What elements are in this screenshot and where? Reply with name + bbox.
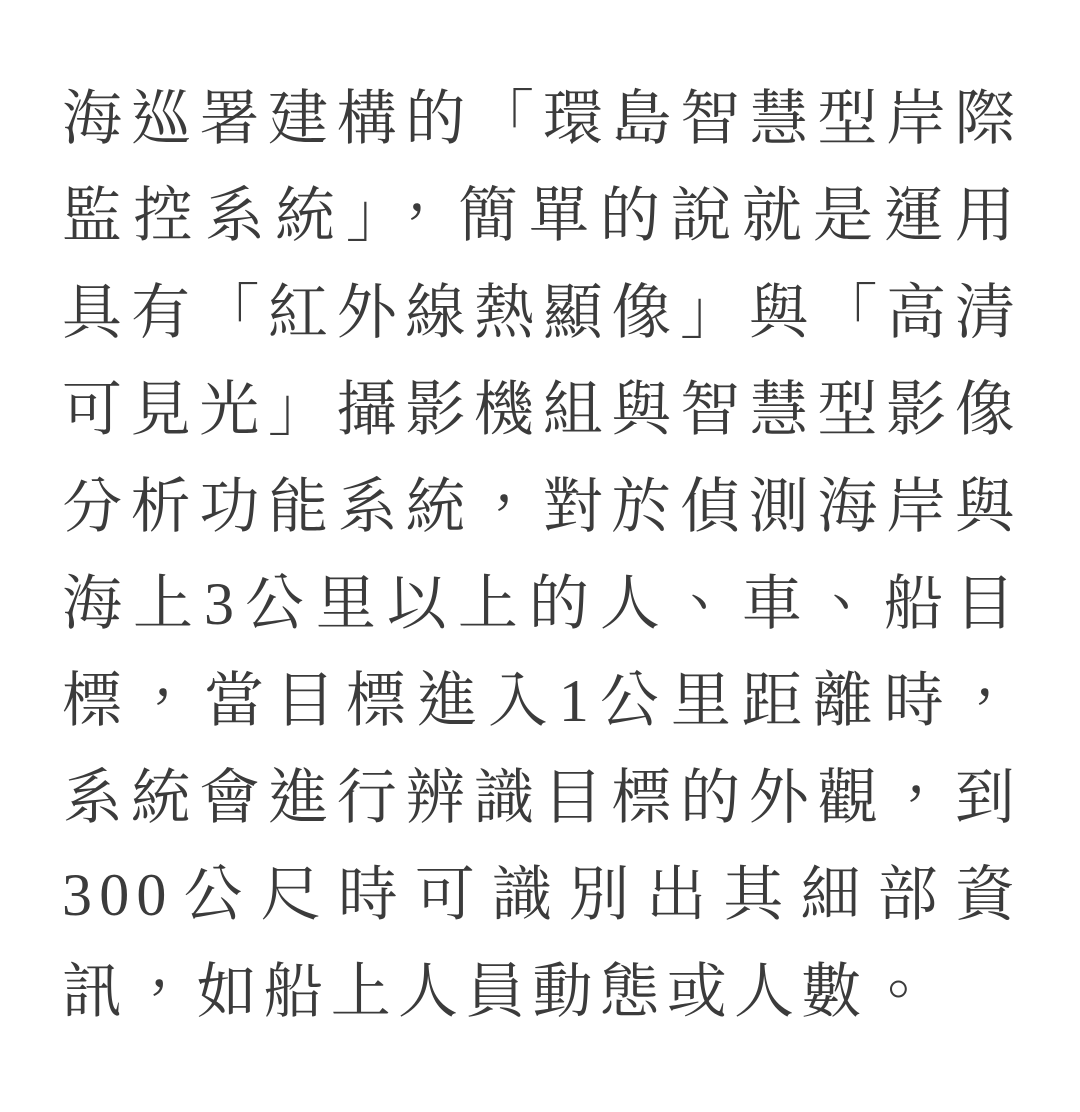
paragraph-line: 標，當目標進入1公里距離時， (62, 653, 1022, 750)
paragraph-line: 海上3公里以上的人、車、船目 (62, 556, 1022, 653)
paragraph-line: 可見光」攝影機組與智慧型影像 (62, 362, 1022, 459)
paragraph-line: 監控系統」，簡單的說就是運用 (62, 168, 1022, 265)
paragraph-line: 分析功能系統，對於偵測海岸與 (62, 459, 1022, 556)
paragraph-line: 具有「紅外線熱顯像」與「高清 (62, 265, 1022, 362)
paragraph-line: 訊，如船上人員動態或人數。 (62, 944, 1022, 1041)
paragraph-line: 系統會進行辨識目標的外觀，到 (62, 750, 1022, 847)
paragraph-line: 300公尺時可識別出其細部資 (62, 847, 1022, 944)
article-paragraph: 海巡署建構的「環島智慧型岸際 監控系統」，簡單的說就是運用 具有「紅外線熱顯像」… (0, 0, 1080, 1041)
paragraph-line: 海巡署建構的「環島智慧型岸際 (62, 71, 1022, 168)
